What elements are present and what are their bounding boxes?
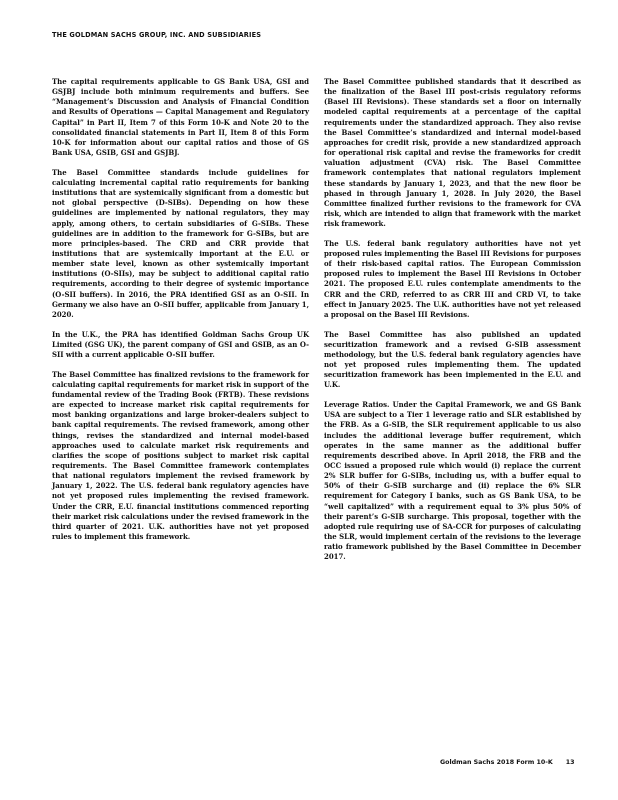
paragraph-capital-requirements: The capital requirements applicable to G… <box>52 77 309 158</box>
paragraph-uk-o-sii: In the U.K., the PRA has identified Gold… <box>52 330 309 360</box>
page-number: 13 <box>566 759 575 766</box>
left-column: The capital requirements applicable to G… <box>52 77 309 552</box>
paragraph-frtb: The Basel Committee has finalized revisi… <box>52 370 309 543</box>
paragraph-d-sib-guidelines: The Basel Committee standards include gu… <box>52 168 309 320</box>
paragraph-securitization-framework: The Basel Committee has also published a… <box>324 330 581 391</box>
page-footer: Goldman Sachs 2018 Form 10-K 13 <box>440 759 575 766</box>
right-column: The Basel Committee published standards … <box>324 77 581 572</box>
paragraph-basel-iii-revisions: The Basel Committee published standards … <box>324 77 581 229</box>
footer-publication: Goldman Sachs 2018 Form 10-K <box>440 759 553 766</box>
paragraph-implementation-status: The U.S. federal bank regulatory authori… <box>324 239 581 320</box>
running-header: THE GOLDMAN SACHS GROUP, INC. AND SUBSID… <box>52 31 261 39</box>
paragraph-leverage-ratios: Leverage Ratios. Under the Capital Frame… <box>324 400 581 563</box>
